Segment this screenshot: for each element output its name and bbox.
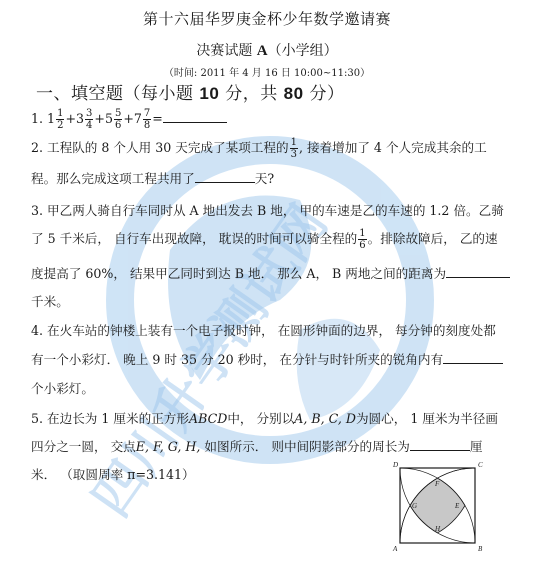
- answer-blank-5[interactable]: [410, 438, 470, 451]
- question-1: 1. 112+334+556+778=: [31, 108, 227, 131]
- fraction: 78: [143, 108, 151, 131]
- label-D: D: [392, 461, 398, 469]
- fraction: 16: [358, 228, 366, 251]
- label-A: A: [392, 545, 398, 553]
- question-3-line-1: 3. 甲乙两人骑自行车同时从 A 地出发去 B 地， 甲的车速是乙的车速的 1.…: [31, 200, 504, 219]
- question-3-line-3: 度提高了 60%， 结果甲乙同时到达 B 地． 那么 A， B 两地之间的距离为: [31, 263, 510, 282]
- label-F: F: [434, 480, 440, 488]
- answer-blank-2[interactable]: [195, 170, 255, 183]
- question-2-line-1: 2. 工程队的 8 个人用 30 天完成了某项工程的13, 接着增加了 4 个人…: [31, 137, 487, 160]
- answer-blank-4[interactable]: [443, 351, 503, 364]
- label-G: G: [412, 502, 417, 510]
- label-C: C: [478, 461, 483, 469]
- question-5-line-3: 米． （取圆周率 π=3.141）: [31, 464, 195, 483]
- geometry-figure: D C A B F G E H: [390, 458, 490, 558]
- fraction: 56: [114, 108, 122, 131]
- section-heading: 一、填空题（每小题 10 分，共 80 分）: [36, 79, 344, 104]
- question-4-line-1: 4. 在火车站的钟楼上装有一个电子报时钟， 在圆形钟面的边界， 每分钟的刻度处都: [31, 320, 496, 339]
- question-5-line-2: 四分之一圆， 交点E, F, G, H, 如图所示． 则中间阴影部分的周长为厘: [31, 436, 482, 455]
- fraction: 13: [290, 137, 298, 160]
- fraction: 12: [56, 108, 64, 131]
- exam-subtitle: 决赛试题 A（小学组）: [0, 40, 534, 60]
- fraction: 34: [85, 108, 93, 131]
- question-4-line-2: 有一个小彩灯． 晚上 9 时 35 分 20 秒时， 在分针与时针所夹的锐角内有: [31, 349, 503, 368]
- label-B: B: [478, 545, 483, 553]
- label-E: E: [454, 502, 460, 510]
- exam-page: 第十六届华罗庚金杯少年数学邀请赛 决赛试题 A（小学组） （时间: 2011 年…: [0, 0, 534, 571]
- question-3-line-2: 了 5 千米后， 自行车出现故障， 耽误的时间可以骑全程的16。排除故障后， 乙…: [31, 228, 498, 251]
- question-5-line-1: 5. 在边长为 1 厘米的正方形ABCD中， 分别以A, B, C, D为圆心，…: [31, 408, 498, 427]
- exam-time: （时间: 2011 年 4 月 16 日 10:00~11:30）: [0, 64, 534, 79]
- label-H: H: [434, 525, 441, 533]
- answer-blank-3[interactable]: [446, 265, 510, 278]
- exam-title: 第十六届华罗庚金杯少年数学邀请赛: [0, 8, 534, 29]
- question-4-line-3: 个小彩灯。: [31, 378, 94, 397]
- question-3-line-4: 千米。: [31, 291, 69, 310]
- answer-blank-1[interactable]: [163, 110, 227, 123]
- question-2-line-2: 程。那么完成这项工程共用了天?: [31, 168, 274, 187]
